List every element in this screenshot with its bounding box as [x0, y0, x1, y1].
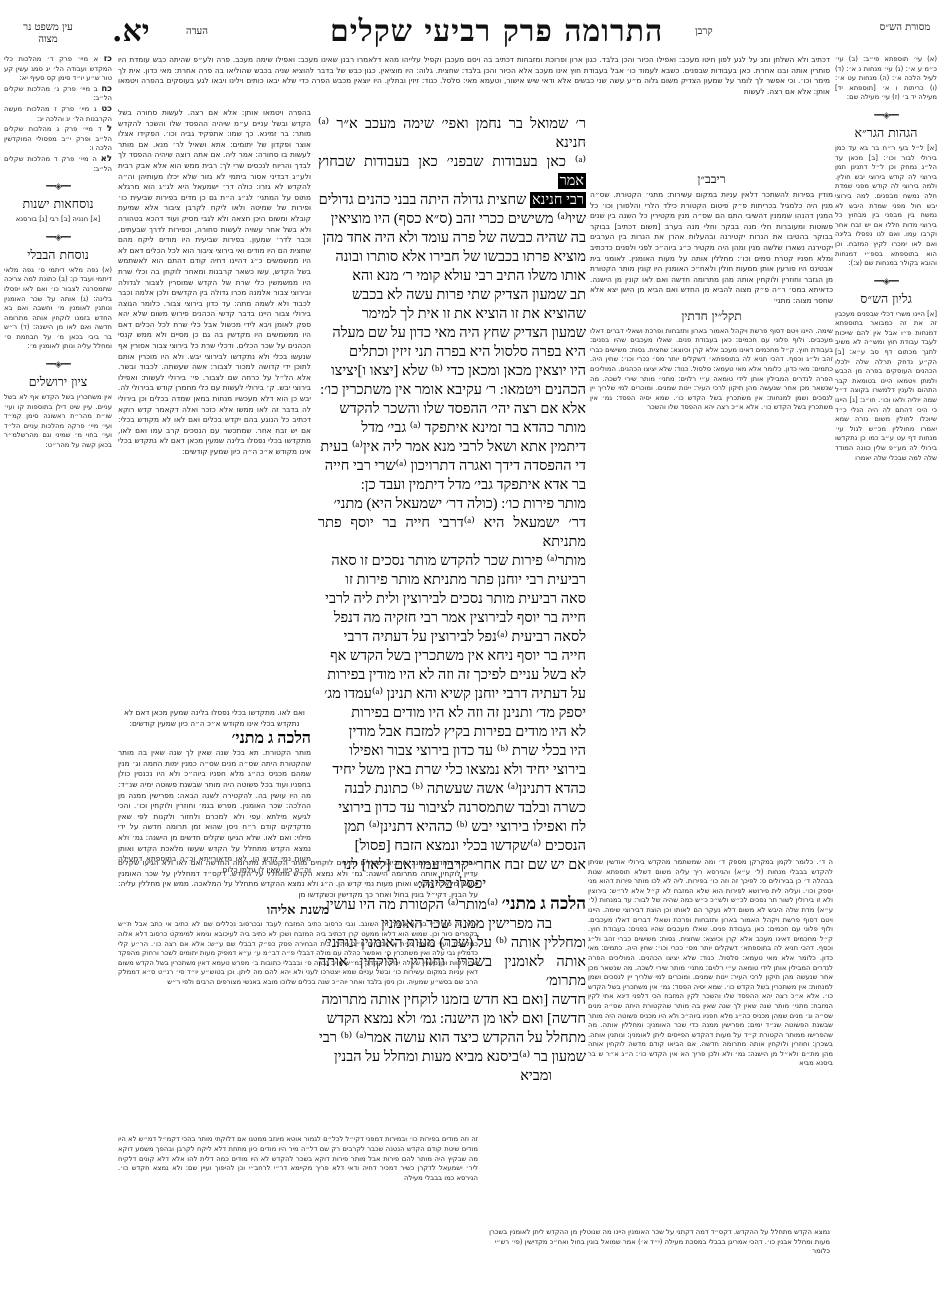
bavli-title: נוסחת הבבלי [4, 247, 112, 263]
gemara-line: ר׳ שמואל בר נחמן ואפי׳ שימה מעכב א״ר ⁽ᵃ⁾… [318, 115, 586, 153]
gemara-line: מותר פירות כו׳: (כולה דר׳ ישמעאל היא) מת… [318, 495, 586, 514]
gemara-line: מותר⁽ᵃ⁾ פירות שכר להקדש מותר נסכים זו סא… [318, 552, 586, 571]
gemara-line: היא בפרה סלסול היא בפרה תני זיזין וכתלים [318, 343, 586, 362]
highlighted-word: אמר [558, 173, 586, 189]
gemara-line: יספק מד׳ ותנינן זה וזה לא היו מודים בפיר… [318, 704, 586, 723]
gemara-line: מותר כהדא בר זמינא איתפקד ⁽ᵃ⁾ גבי׳ מדל [318, 419, 586, 438]
nuschaot-text: [א] חנניה [ב] רבי [ג] בורסנא [4, 215, 112, 225]
gemara-line: חייה בר יוסף לבירוצין אמר רבי חזקיה מה ד… [318, 609, 586, 628]
page-header: מסורת הש״ס קרבן התרומה פרק רביעי שקלים ה… [0, 0, 941, 52]
gemara-line: לא היו מודים בפירות בקיץ למזבח אבל מודין [318, 723, 586, 742]
gemara-line: דיתמין אתא ושאל לרבי מנא אמר ליה אין⁽ᵃ⁾ … [318, 438, 586, 457]
gemara-line: רביעית רבי יוחנן פתר מתניתא מותר פירות ז… [318, 571, 586, 590]
gemara-line: בה שהיה כבשה של פרה עומד ולא היה אחד מהן [318, 229, 586, 248]
ornament-divider-icon: ━━◈━━ [4, 182, 112, 192]
mesoret-hashas-label: מסורת הש״ס [875, 22, 935, 34]
ornament-divider-icon: ━━◈━━ [4, 360, 112, 370]
gemara-line: תב שמעון הצדיק שתי פרות עשה לא בכבש [318, 286, 586, 305]
gemara-line: שיו⁽ᵃ⁾ משישים ככרי זהב (ס״א כסף) היו מוצ… [318, 210, 586, 229]
gemara-line: היו יוצאין מכאן ומכאן כדי ⁽ᵇ⁾ שלא [יצאו … [318, 362, 586, 381]
pnei-moshe-end: ואם לאו. מתקדשו בכלי נפסלו בלינה שמעין מ… [118, 708, 311, 729]
gemara-line: די ההפסדה דידך ואגרה דתרויכון ⁽ᵃ⁾שרי רבי… [318, 457, 586, 476]
gemara-line: מוציא פרתו בכבשו של חבירו אלא סותרו ובונ… [318, 248, 586, 267]
ornament-divider-icon: ━━◈━━ [835, 277, 937, 287]
ribban-text: מודין בפירות להשתכר דלאין עניות במקום עש… [590, 190, 833, 307]
ornament-divider-icon: ━━◈━━ [835, 111, 937, 121]
right-margin-column: (א) עי׳ תוספתא פי״ב: (ב) עי׳ כ״מ ע א׳: (… [835, 55, 937, 463]
tziyun-text: אין משתכרין בשל הקדש אף לא בשל עניים. עי… [4, 393, 112, 451]
tiklin-text: שימה. היינו ויטם דסוף פרשת ויקהל האמור ב… [590, 327, 833, 413]
gemara-line: סאה רביעית מותר נסכים לבירוצין ולית ליה … [318, 590, 586, 609]
hagahot-title: הגהות הגר״א [835, 125, 937, 141]
gemara-line: הנסכים ⁽ᵃ⁾שקדשו בכלי ונמצא הזבח [פסול] [318, 837, 586, 856]
gemara-line: בירוצי יחיד ולא נמצאו כלי שרת באין משל י… [318, 761, 586, 780]
gemara-line: רבי חנינא שחצית גדולה היתה בבני כהנים גד… [318, 191, 586, 210]
korban-label: קרבן [695, 26, 713, 37]
lower-right-commentary: ה ד׳. כלומר לקמן במקרקן מספק ד׳ ומה שמשת… [588, 858, 833, 1158]
bottom-commentary-strip: נמצא הקדש מתחלל על ההקדש. דקס״ד דמה דקתנ… [118, 1228, 830, 1257]
hagahot-text: [א] ל״ל בעי ר״ח בר בא עד כמן בירולי לבור… [835, 144, 937, 269]
ein-mishpat-label: עין משפט נר מצוה [18, 22, 78, 46]
gemara-line: בר אדא איתפקד גבי׳ מדל דיתמין ועבד כן: [318, 476, 586, 495]
gemara-line: על דעתיה דרבי יוחנן קשיא והא תנינן ⁽ᵃ⁾עמ… [318, 685, 586, 704]
halacha-header: הלכה ג מתני׳ [118, 729, 311, 748]
haeda-label: העדה [186, 26, 208, 37]
ein-mishpat-entry: כז א מיי׳ פרק ד׳ מהלכות כלי המקדש ועבודה… [4, 55, 112, 84]
gemara-line: שהוציא את זו הוציא את זו אית לך למימר [318, 305, 586, 324]
gilyon-text: [א] היינו משרי דכלי שבפנים מעכבין זה את … [835, 310, 937, 464]
halacha-label: הלכה ג מתני׳ [502, 894, 586, 913]
korban-haeda-column: ריבב״ן מודין בפירות להשתכר דלאין עניות ב… [590, 170, 833, 413]
pnei-moshe-text: בהפרה ויטמאו אותן: אלא אם רצה. לעשות סחו… [118, 108, 311, 708]
gemara-line: כשרה ובלבד שתמסרנה לציבור עד כדון בירוצי [318, 799, 586, 818]
mesoret-entries: (א) עי׳ תוספתא פי״ב: (ב) עי׳ כ״מ ע א׳: (… [835, 55, 937, 103]
gemara-line: לא בשל עניים לפיכך זה וזה לא היו מודין ב… [318, 666, 586, 685]
ein-mishpat-entry: ל ד מיי׳ פרק ג מהלכות שקלים הל״ב ופרק י״… [4, 125, 112, 154]
highlighted-word: רבי חנינא [530, 192, 586, 208]
gemara-line: כהדא דתנינן⁽ᵃ⁾ אשה שעשתה ⁽ᵇ⁾ כתונת לבנה [318, 780, 586, 799]
ein-mishpat-entry: כח ב מיי׳ פרק ג׳ מהלכות שקלים הל״ב: [4, 85, 112, 104]
folio-number: יא. [112, 14, 150, 49]
mishnat-eliyahu-text: אמר זה כיון ר״י בר״א אומר זה השוגב. וגבי… [118, 920, 478, 1135]
gemara-line: היו בכלי שרת ⁽ᵇ⁾ עד כדון בירוצי צבור ואפ… [318, 742, 586, 761]
lower-middle-commentary: אם בא החדש בזמנו. שהביאו שקלים חדשים לוק… [118, 858, 478, 1183]
nuschaot-title: נוסחאות ישנות [4, 196, 112, 212]
gemara-line: לסאה רביעית ⁽ᵃ⁾נפל לבירוצין על דעתיה דרב… [318, 628, 586, 647]
gemara-line: לח ואפילו בירוצי יבש ⁽ᵇ⁾ כההיא דתנינן⁽ᵃ⁾… [318, 818, 586, 837]
gemara-line: אותו משלו התיב רבי עולא קומי ר׳ מנא והא [318, 267, 586, 286]
gemara-line: דר׳ ישמעאל היא ⁽ᵃ⁾דרבי חייה בר יוסף פתר … [318, 514, 586, 552]
ornament-divider-icon: ━━◈━━ [4, 233, 112, 243]
tiklin-title: תקל״ין חדתין [590, 309, 833, 324]
gemara-line: אלא אם רצה יהי׳ ההפסד שלו והשכר להקדש [318, 400, 586, 419]
left-margin-column: כז א מיי׳ פרק ד׳ מהלכות כלי המקדש ועבודה… [4, 55, 112, 451]
pnei-moshe-column: בהפרה ויטמאו אותן: אלא אם רצה. לעשות סחו… [118, 108, 311, 898]
ein-mishpat-entry: לא ה מיי׳ פרק ד מהלכות שקלים הל״ב: [4, 155, 112, 174]
gemara-line: שמעון הצדיק שחץ היה מאי כדון על שם מעלה [318, 324, 586, 343]
ein-mishpat-entry: כט ג מיי׳ פרק ז מהלכות מעשה הקרבנות הל׳ … [4, 105, 112, 124]
tziyun-title: ציון ירושלים [4, 374, 112, 390]
gemara-line: ⁽ᵃ⁾ כאן בעבודות שבפני׳ כאן בעבודות שבחוץ… [318, 153, 586, 191]
gemara-line: הכהנים ויטמאו: ר׳ עקיבא אומר אין משתכרין… [318, 381, 586, 400]
gilyon-title: גליון הש״ס [835, 291, 937, 307]
page-title: התרומה פרק רביעי שקלים [330, 14, 663, 49]
mishnat-eliyahu-end: זה וזה מודים בפירות כו׳ ובמירות דמפני דק… [118, 1135, 478, 1183]
bavli-text: (א) גפה מלאי דיתמי ס׳ גפה מלאי דיתמי ועב… [4, 266, 112, 352]
mishnat-eliyahu-title: משנת אליהו [118, 902, 478, 918]
ribban-title: ריבב״ן [590, 172, 833, 187]
gemara-line: חייה בר יוסף ניחא אין משתכרין בשל הקדש א… [318, 647, 586, 666]
top-commentary-strip: דכתיב ולא השלחן ומנ על לגע לפון חיטו מעכ… [118, 55, 830, 97]
lower-top-commentary: אם בא החדש בזמנו. שהביאו שקלים חדשים לוק… [118, 858, 478, 900]
